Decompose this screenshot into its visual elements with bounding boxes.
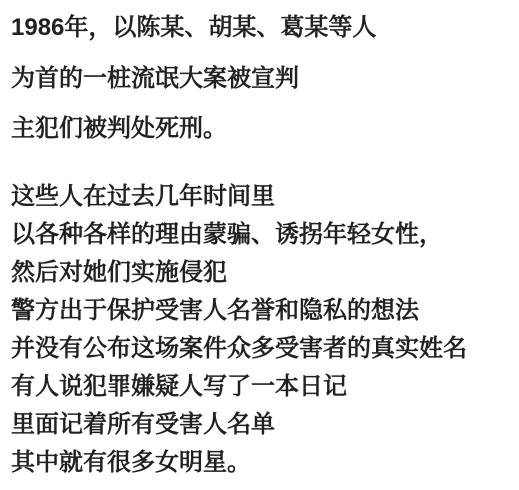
body-line-1: 这些人在过去几年时间里 (11, 178, 509, 216)
body-paragraph: 这些人在过去几年时间里 以各种各样的理由蒙骗、诱拐年轻女性， 然后对她们实施侵犯… (11, 178, 509, 482)
intro-line-3: 主犯们被判处死刑。 (11, 110, 509, 148)
intro-line-1: 1986年，以陈某、胡某、葛某等人 (11, 9, 509, 47)
body-line-2: 以各种各样的理由蒙骗、诱拐年轻女性， (11, 216, 509, 254)
body-line-3: 然后对她们实施侵犯 (11, 254, 509, 292)
body-line-7: 里面记着所有受害人名单 (11, 406, 509, 444)
intro-line-2: 为首的一桩流氓大案被宣判 (11, 60, 509, 98)
subtitle-text-block: 1986年，以陈某、胡某、葛某等人 为首的一桩流氓大案被宣判 主犯们被判处死刑。… (0, 0, 519, 482)
body-line-5: 并没有公布这场案件众多受害者的真实姓名 (11, 330, 509, 368)
body-line-4: 警方出于保护受害人名誉和隐私的想法 (11, 292, 509, 330)
body-line-8: 其中就有很多女明星。 (11, 444, 509, 482)
body-line-6: 有人说犯罪嫌疑人写了一本日记 (11, 368, 509, 406)
